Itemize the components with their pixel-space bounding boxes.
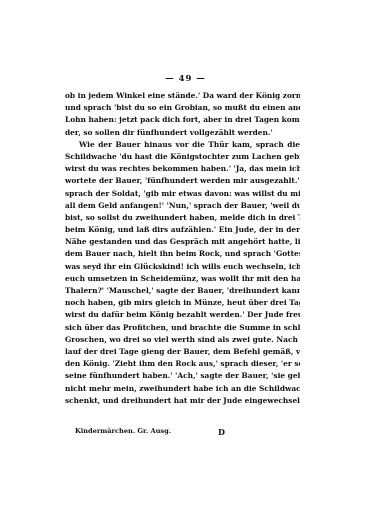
signature-mark: D — [218, 427, 225, 437]
text-line: all dem Geld anfangen!' 'Nun,' sprach de… — [65, 200, 300, 212]
text-line: den König. 'Zieht ihm den Rock aus,' spr… — [65, 358, 300, 370]
text-line: Schildwache 'du hast die Königstochter z… — [65, 151, 300, 163]
book-page: — 49 — ob in jedem Winkel eine stände.' … — [0, 0, 371, 512]
text-line: was seyd ihr ein Glückskind! ich wills e… — [65, 261, 300, 273]
text-line: Lohn haben: jetzt pack dich fort, aber i… — [65, 114, 300, 126]
text-line: Wie der Bauer hinaus vor die Thür kam, s… — [65, 139, 300, 151]
text-line: dem Bauer nach, hielt ihn beim Rock, und… — [65, 248, 300, 260]
text-line: noch haben, gib mirs gleich in Münze, he… — [65, 297, 300, 309]
text-line: wirst du was rechtes bekommen haben.' 'J… — [65, 163, 300, 175]
text-line: und sprach 'bist du so ein Grobian, so m… — [65, 102, 300, 114]
text-line: Groschen, wo drei so viel werth sind als… — [65, 334, 300, 346]
text-line: schenkt, und dreihundert hat mir der Jud… — [65, 395, 300, 407]
text-line: wirst du dafür beim König bezahlt werden… — [65, 309, 300, 321]
text-line: beim König, und laß dirs aufzählen.' Ein… — [65, 224, 300, 236]
text-line: lauf der drei Tage gieng der Bauer, dem … — [65, 346, 300, 358]
text-line: sich über das Profitchen, und brachte di… — [65, 322, 300, 334]
text-line: bist, so sollst du zweihundert haben, me… — [65, 212, 300, 224]
page-footer: Kindermärchen. Gr. Ausg. D — [75, 427, 300, 439]
page-number: — 49 — — [0, 74, 371, 84]
text-line: Thalern?' 'Mauschel,' sagte der Bauer, '… — [65, 285, 300, 297]
text-line: nicht mehr mein, zweihundert habe ich an… — [65, 383, 300, 395]
text-line: ob in jedem Winkel eine stände.' Da ward… — [65, 90, 300, 102]
body-text: ob in jedem Winkel eine stände.' Da ward… — [65, 90, 300, 407]
text-line: euch umsetzen in Scheidemünz, was wollt … — [65, 273, 300, 285]
signature-title: Kindermärchen. Gr. Ausg. — [75, 427, 171, 435]
text-line: wortete der Bauer, 'fünfhundert werden m… — [65, 175, 300, 187]
text-line: der, so sollen dir fünfhundert vollgezäh… — [65, 127, 300, 139]
text-line: sprach der Soldat, 'gib mir etwas davon:… — [65, 188, 300, 200]
text-line: seine fünfhundert haben.' 'Ach,' sagte d… — [65, 370, 300, 382]
text-line: Nähe gestanden und das Gespräch mit ange… — [65, 236, 300, 248]
